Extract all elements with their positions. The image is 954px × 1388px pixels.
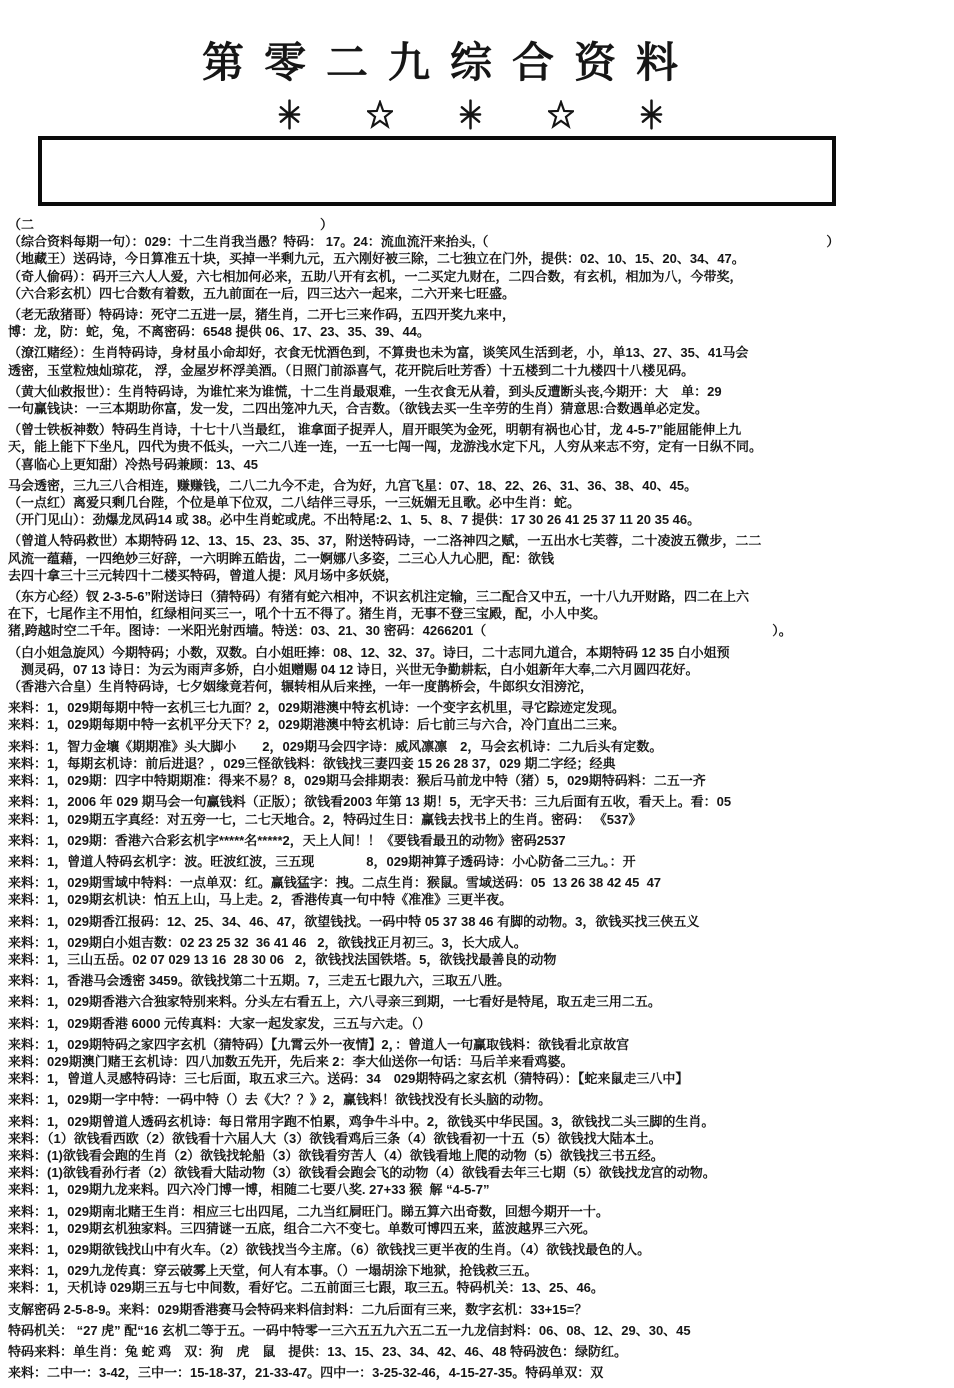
text-line: 来料：(1)欲钱看孙行者（2）欲钱看大陆动物（3）欲钱看会跑会飞的动物（4）欲钱… <box>8 1164 948 1181</box>
text-line: 支解密码 2-5-8-9。来料：029期香港赛马会特码来料信封料：二九后面有三来… <box>8 1301 948 1318</box>
text-line: （综合资料每期一句）：029：十二生肖我当愚？特码： 17。24：流血流汗来抬头… <box>8 233 948 250</box>
text-line: 来料：1，029期：四字中特期期准：得来不易？8，029期马会排期表：猴后马前龙… <box>8 772 948 789</box>
text-line: 来料：029期澳门赌王玄机诗：四八加数五先开，先后来 2：李大仙送你一句话：马后… <box>8 1053 948 1070</box>
text-line: （地藏王）送码诗，今日算准五十块，买掉一半剩九元，五六刚好被三除，二七独立在门外… <box>8 250 948 267</box>
text-line: 来料：1，029期香港 6000 元传真料：大家一起发家发，三五与六走。（） <box>8 1015 948 1032</box>
text-line: 来料：1，029期曾道人透码玄机诗：每日常用字跑不怕累，鸡争牛斗中。2，欲钱买中… <box>8 1113 948 1130</box>
asterisk-star-icon <box>640 99 663 130</box>
text-line: 博：龙，防：蛇，兔，不离密码：6548 提供 06、17、23、35、39、44… <box>8 323 948 340</box>
text-line: （一点红）离爱只剩几台陛，个位是单下位双，二八结伴三寻乐，一三妩媚无且歌。必中生… <box>8 494 948 511</box>
text-line: 来料：1，智力金壤《期期准》头大脚小 2，029期马会四字诗：威风凛凛 2，马会… <box>8 738 948 755</box>
text-line: 风流一蕴藉，一四绝妙三好辞，一六明眸五皓齿，二一婀娜八多姿，二三心人九心肥，配：… <box>8 550 948 567</box>
text-line: 来料：1，三山五岳。02 07 029 13 16 28 30 06 2，欲钱找… <box>8 951 948 968</box>
text-line: 来料：1，029期欲钱找山中有火车。（2）欲钱找当今主席。（6）欲钱找三更半夜的… <box>8 1241 948 1258</box>
text-line: 来料：1，029期香港六合独家特别来料。分头左右看五上，六八寻亲三到期，一七看好… <box>8 993 948 1010</box>
page-title: 第零二九综合资料 <box>10 0 890 90</box>
text-line: 猪,跨越时空二千年。图诗：一米阳光射西墙。特送：03、21、30 密码：4266… <box>8 622 948 639</box>
text-line: 来料：1，香港马会透密 3459。欲钱找第二十五期。7，三走五七跟九六，三取五八… <box>8 972 948 989</box>
decoration-row <box>90 94 850 130</box>
text-line: （曾道人特码救世）本期特码 12、13、15、23、35、37，附送特码诗，一二… <box>8 532 948 549</box>
text-line: 在下，七尾作主不用怕，红绿相问买三一，吼个十五不得了。猪生肖，无事不登三宝殿，配… <box>8 605 948 622</box>
text-line: （老无敌猪哥）特码诗：死守二五进一层，猪生肖，二开七三来作码，五四开奖九来中， <box>8 306 948 323</box>
text-line: （曾士铁板神数）特码生肖诗，十七十八当最红， 谁拿面子捉弄人，眉开眼笑为金死，明… <box>8 421 948 438</box>
text-line: 来料：1，029期每期中特一玄机三七九面？2，029期港澳中特玄机诗：一个变字玄… <box>8 699 948 716</box>
text-line: （潦江赌经）：生肖特码诗，身材虽小命却好，衣食无忧酒色到，不算贵也未为富，谈笑风… <box>8 344 948 361</box>
text-line: （东方心经）钗 2-3-5-6”附送诗曰（猜特码）有猪有蛇六相冲，不识玄机注定输… <box>8 588 948 605</box>
text-line: 来料：(1)欲钱看会跑的生肖（2）欲钱找轮船（3）欲钱看穷苦人（4）欲钱看地上爬… <box>8 1147 948 1164</box>
open-star-icon <box>548 100 574 130</box>
text-line: 来料：1，029期一字中特：一码中特（）去《大？？》2，赢钱料！欲钱找没有长头脑… <box>8 1091 948 1108</box>
text-line: 来料：1，029期雪域中特料：一点单双：红。赢钱猛字：拽。二点生肖：猴鼠。雪域送… <box>8 874 948 891</box>
text-line: 来料：1，029期每期中特一玄机平分天下？2，029期港澳中特玄机诗：后七前三与… <box>8 716 948 733</box>
text-line: 来料：二中一：3-42，三中一：15-18-37，21-33-47。四中一：3-… <box>8 1364 948 1381</box>
text-line: 来料：1，029期南北赌王生肖：相应三七出四尾，二九当红屙旺门。睇五算六出奇数，… <box>8 1203 948 1220</box>
text-line: （开门见山）：劲爆龙凤码14 或 38。必中生肖蛇或虎。不出特尾:2、1、5、8… <box>8 511 948 528</box>
text-line: 来料：1，029期：香港六合彩玄机字*****名*****2，天上人间！！《要钱… <box>8 832 948 849</box>
text-line: （六合彩玄机）四七合数有着数，五九前面在一后，四三达六一起来，二六开来七旺盛。 <box>8 285 948 302</box>
open-star-icon <box>367 100 393 130</box>
text-line: 特码来料：单生肖：兔 蛇 鸡 双：狗 虎 鼠 提供：13、15、23、34、42… <box>8 1343 948 1360</box>
text-line: 马会透密，三九三八合相连，赚赚钱，二八二九今不走，合为好，九宫飞星：07、18、… <box>8 477 948 494</box>
text-line: 来料：（1）欲钱看西欧（2）欲钱看十六届人大（3）欲钱看鸡后三条（4）欲钱看初一… <box>8 1130 948 1147</box>
text-line: 来料：1，029期特码之家四字玄机（猜特码）【九霄云外一夜情】2，：曾道人一句赢… <box>8 1036 948 1053</box>
asterisk-star-icon <box>459 99 482 130</box>
notice-box <box>38 136 836 206</box>
text-line: 来料：1，2006 年 029 期马会一句赢钱料（正版）；欲钱看2003 年第 … <box>8 793 948 810</box>
text-line: 测灵码，07 13 诗日：为云为雨声多娇，白小姐赠赐 04 12 诗日，兴世无争… <box>8 661 948 678</box>
content-lines: （二 ）（综合资料每期一句）：029：十二生肖我当愚？特码： 17。24：流血流… <box>8 216 948 1381</box>
text-line: （二 ） <box>8 216 948 233</box>
text-line: 去四十拿三十三元转四十二楼买特码，曾道人提：风月场中多妖娆， <box>8 567 948 584</box>
text-line: 来料：1，029期九龙来料。四六冷门博一博，相随二七要八奖. 27+33 猴 解… <box>8 1181 948 1198</box>
asterisk-star-icon <box>278 99 301 130</box>
lottery-info-sheet: 第零二九综合资料 （二 ）（综合资料每期一句）：029：十二生肖我当愚？特码： … <box>0 0 954 1388</box>
text-line: 来料：1，029九龙传真：穿云破雾上天堂，何人有本事。（）一塌胡涂下地狱，抢钱救… <box>8 1262 948 1279</box>
text-line: 来料：1，029期玄机独家料。三四猜谜一五底，组合二六不变七。单数可博四五来，蓝… <box>8 1220 948 1237</box>
text-line: 来料：1，029期玄机诀：怕五上山，马上走。2，香港传真一句中特《准准》三更半夜… <box>8 891 948 908</box>
text-line: （奇人偷码）：码开三六人人爱，六七相加何必来，五助八开有玄机，一二买定九财在，二… <box>8 268 948 285</box>
text-line: 来料：1，天机诗 029期三五与七中间数，看好它。二五前面三七跟，取三五。特码机… <box>8 1279 948 1296</box>
text-line: 来料：1，曾道人灵感特码诗：三七后面，取五求三六。送码：34 029期特码之家玄… <box>8 1070 948 1087</box>
text-line: 来料：1，每期玄机诗：前后进退？，029三怪欲钱料：欲钱找三妻四妾 15 26 … <box>8 755 948 772</box>
text-line: 天，能上能下下坐凡，四代为贵不低头，一六二八连一连，一五一七闯一闯，龙游浅水定下… <box>8 438 948 455</box>
text-line: 特码机关： “27 虎” 配“16 玄机二等于五。一码中特零一三六五五九六五二五… <box>8 1322 948 1339</box>
text-line: 来料：1，曾道人特码玄机字：波。旺波红波，三五现 8，029期神算子透码诗：小心… <box>8 853 948 870</box>
text-line: （黄大仙救报世）：生肖特码诗，为谁忙来为谁慌，十二生肖最艰难，一生衣食无从着，到… <box>8 383 948 400</box>
text-line: 来料：1，029期五字真经：对五旁一七，二七天地合。2，特码过生日：赢钱去找书上… <box>8 811 948 828</box>
text-line: 来料：1，029期香江报码：12、25、34、46、47，欲望钱找。一码中特 0… <box>8 913 948 930</box>
text-line: （喜临心上更知甜）冷热号码兼顾：13、45 <box>8 456 948 473</box>
text-line: 一句赢钱诀：一三本期助你富，发一发，二四出笼冲九天，合吉数。（欲钱去买一生辛劳的… <box>8 400 948 417</box>
text-line: （白小姐急旋风）今期特码；小数，双数。白小姐旺捧：08、12、32、37。诗曰，… <box>8 644 948 661</box>
text-line: 透密，玉堂粒烛灿琼花， 浮，金屋岁杯浮美酒。（日照门前添喜气，花开院后吐芳香）十… <box>8 362 948 379</box>
text-line: 来料：1，029期白小姐吉数：02 23 25 32 36 41 46 2，欲钱… <box>8 934 948 951</box>
text-line: （香港六合皇）生肖特码诗，七夕姻缘竟若何，辗转相从后来挫，一年一度鹊桥会，牛郎织… <box>8 678 948 695</box>
